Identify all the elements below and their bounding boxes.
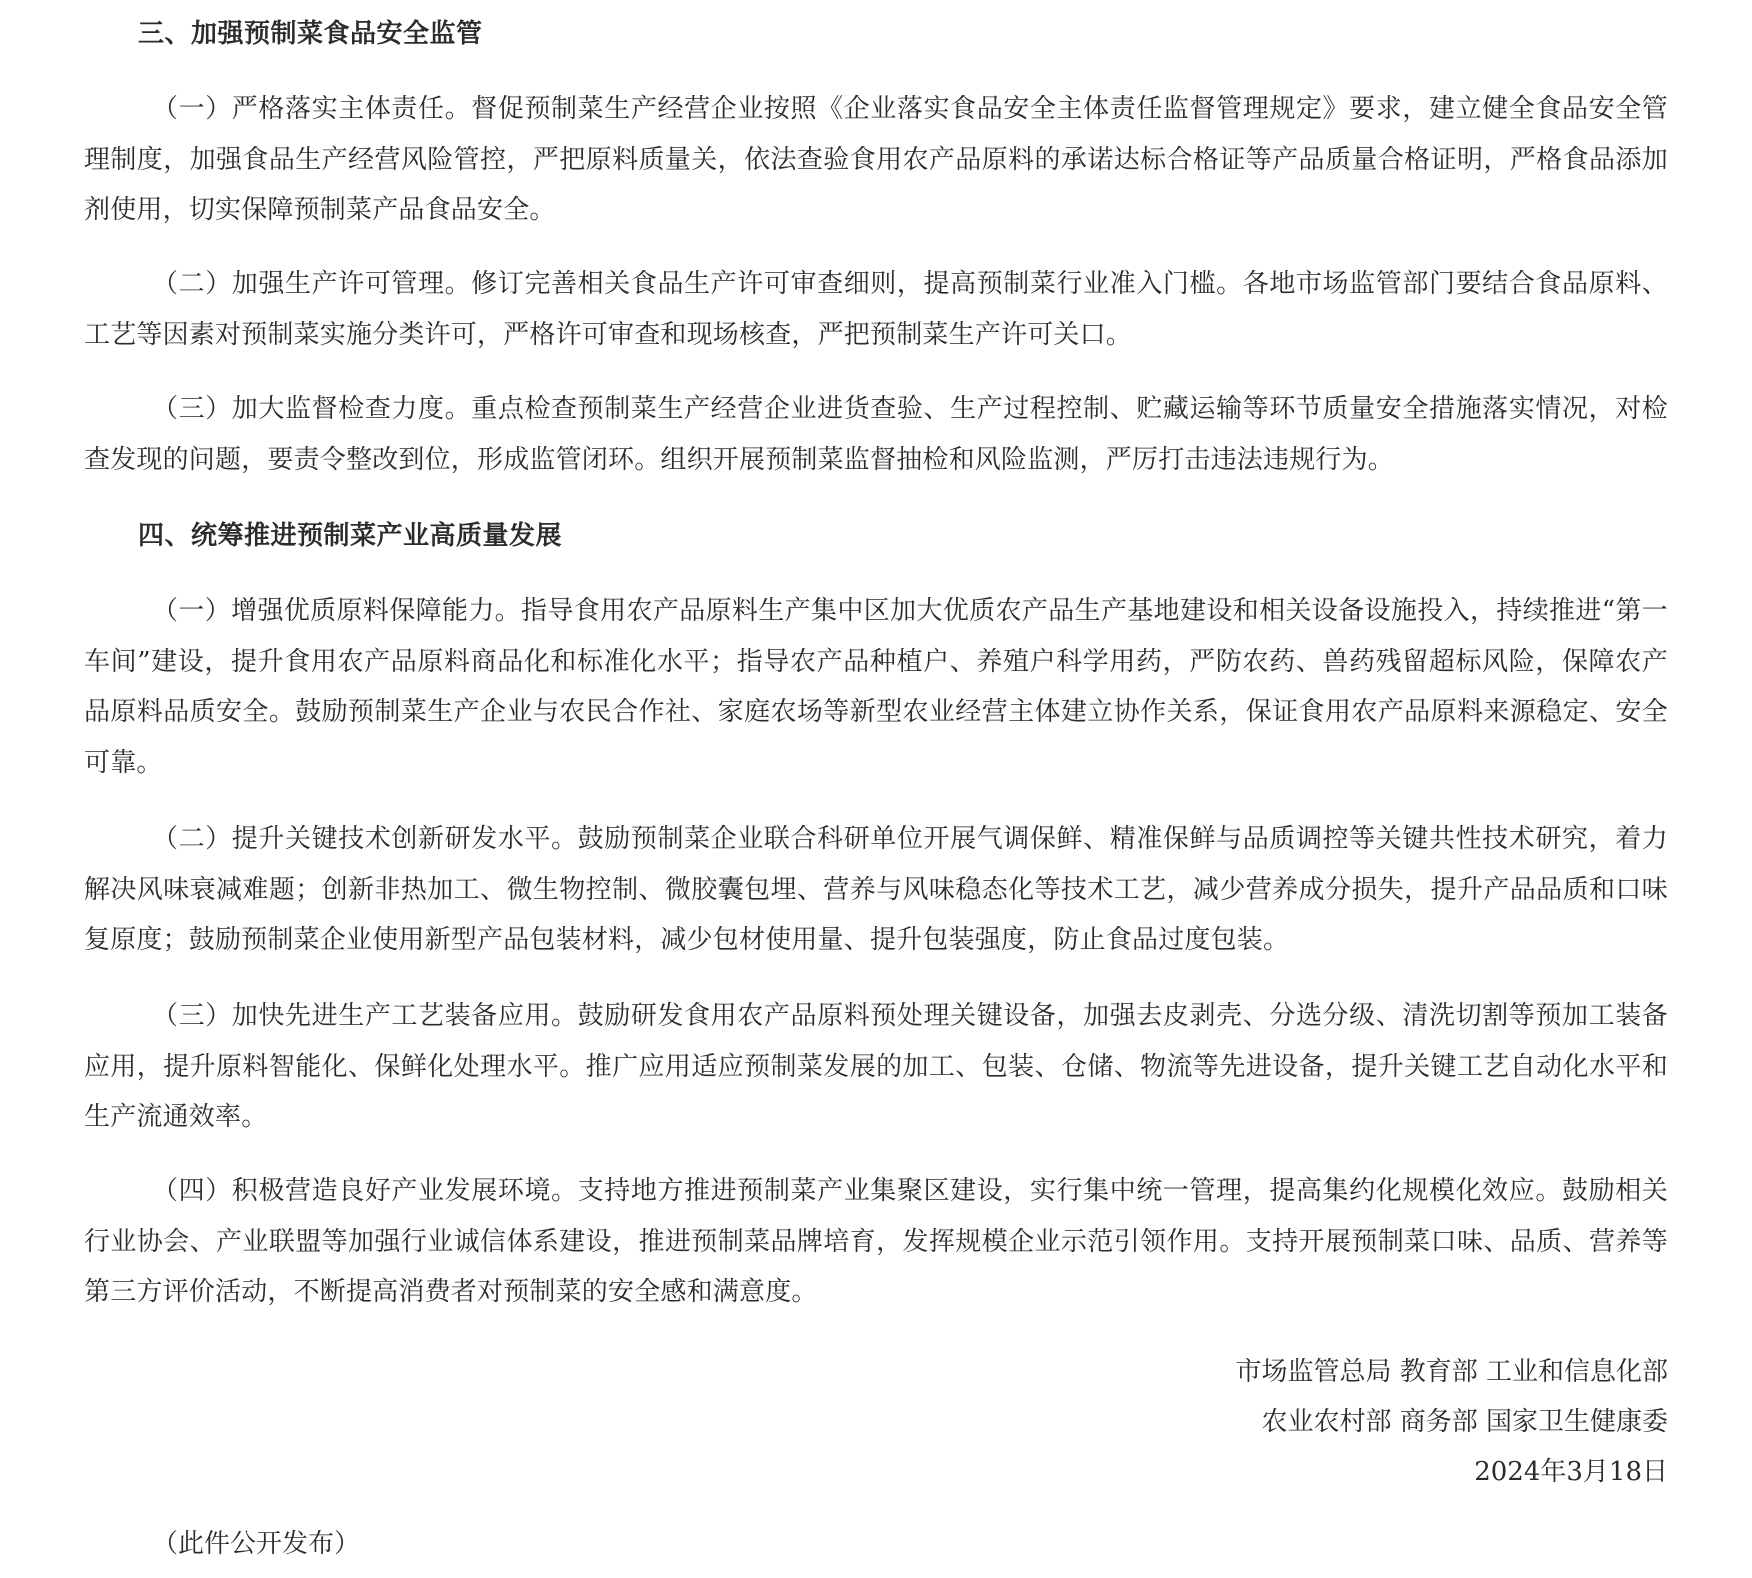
section-heading-3: 三、加强预制菜食品安全监管	[138, 14, 483, 54]
paragraph-4-1: （一）增强优质原料保障能力。指导食用农产品原料生产集中区加大优质农产品生产基地建…	[84, 586, 1668, 788]
paragraph-4-3: （三）加快先进生产工艺装备应用。鼓励研发食用农产品原料预处理关键设备，加强去皮剥…	[84, 991, 1668, 1143]
paragraph-4-2: （二）提升关键技术创新研发水平。鼓励预制菜企业联合科研单位开展气调保鲜、精准保鲜…	[84, 814, 1668, 966]
section-heading-4: 四、统筹推进预制菜产业高质量发展	[138, 516, 562, 556]
signing-agencies-line-2: 农业农村部 商务部 国家卫生健康委	[1235, 1397, 1668, 1447]
signature-block: 市场监管总局 教育部 工业和信息化部 农业农村部 商务部 国家卫生健康委 202…	[1235, 1347, 1668, 1497]
paragraph-3-1: （一）严格落实主体责任。督促预制菜生产经营企业按照《企业落实食品安全主体责任监督…	[84, 84, 1668, 236]
paragraph-3-3: （三）加大监督检查力度。重点检查预制菜生产经营企业进货查验、生产过程控制、贮藏运…	[84, 384, 1668, 485]
signature-date: 2024年3月18日	[1235, 1447, 1668, 1497]
publication-note: （此件公开发布）	[152, 1524, 360, 1564]
paragraph-3-2: （二）加强生产许可管理。修订完善相关食品生产许可审查细则，提高预制菜行业准入门槛…	[84, 259, 1668, 360]
paragraph-4-4: （四）积极营造良好产业发展环境。支持地方推进预制菜产业集聚区建设，实行集中统一管…	[84, 1166, 1668, 1318]
signing-agencies-line-1: 市场监管总局 教育部 工业和信息化部	[1235, 1347, 1668, 1397]
